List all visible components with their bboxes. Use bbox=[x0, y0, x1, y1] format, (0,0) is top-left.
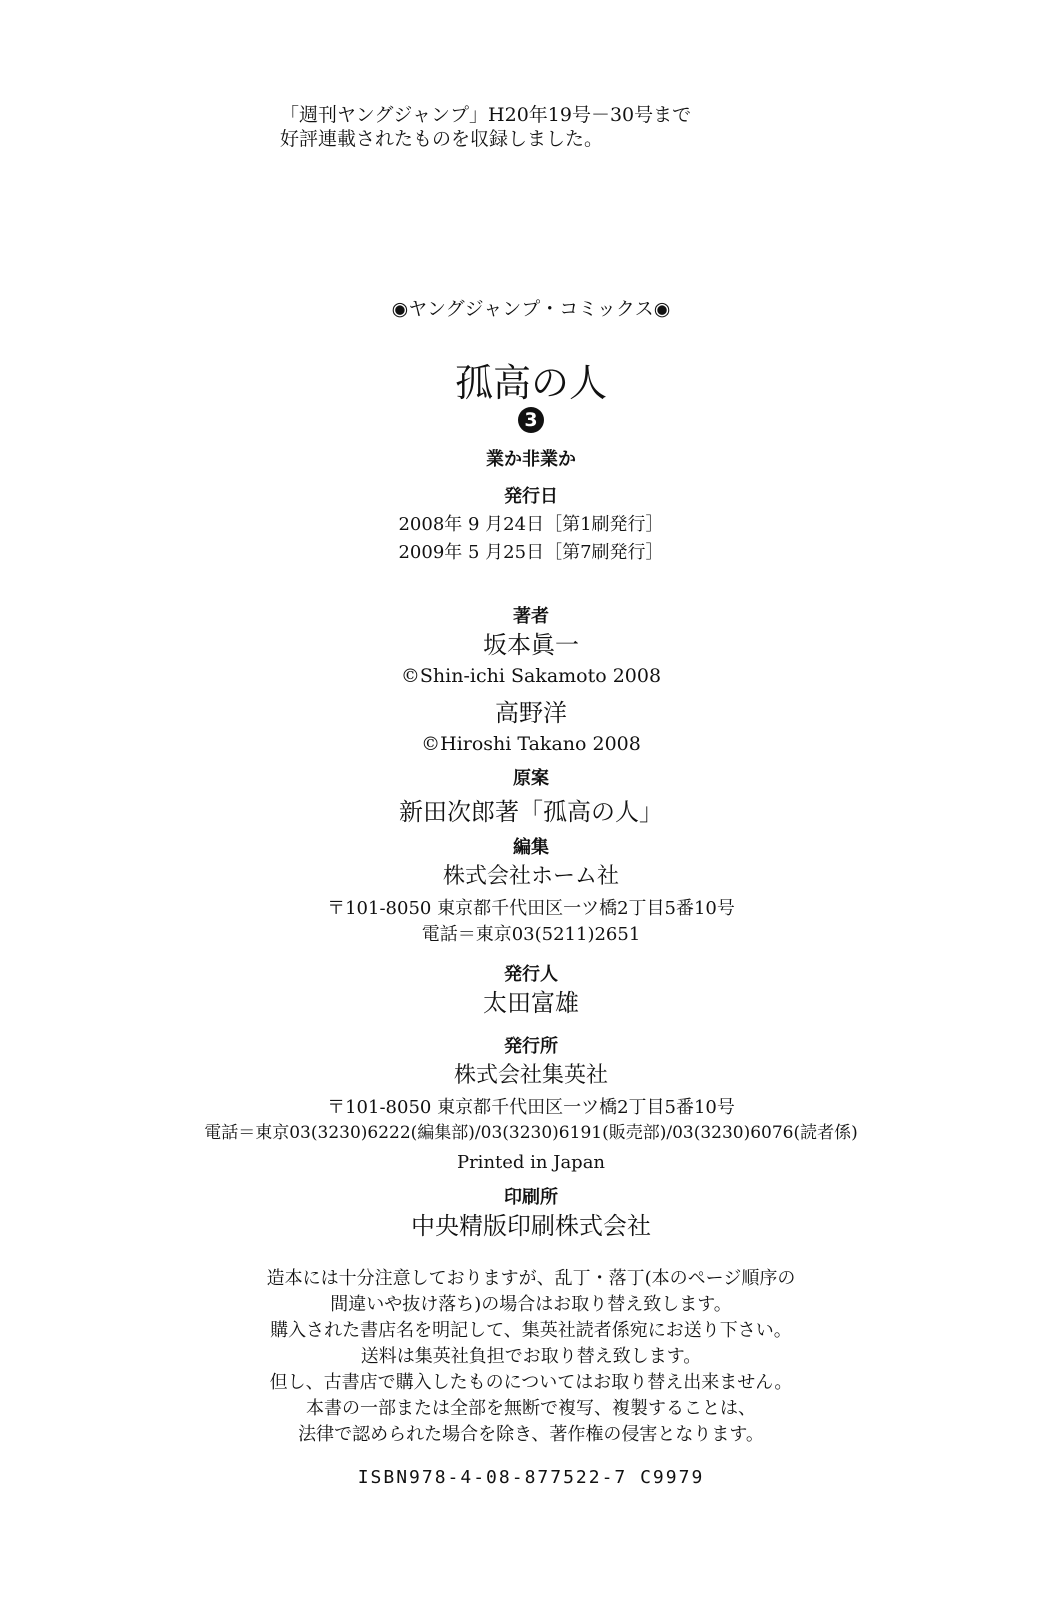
serialization-note-line-2: 好評連載されたものを収録しました。 bbox=[280, 127, 740, 151]
publisher-person-name: 太田富雄 bbox=[0, 991, 1062, 1015]
original-work-text: 新田次郎著「孤高の人」 bbox=[0, 800, 1062, 824]
author-name-1: 坂本眞一 bbox=[0, 633, 1062, 657]
notice-line-1: 造本には十分注意しておりますが、乱丁・落丁(本のページ順序の bbox=[0, 1270, 1062, 1288]
notice-line-2: 間違いや抜け落ち)の場合はお取り替え致します。 bbox=[0, 1296, 1062, 1314]
volume-number-badge: 3 bbox=[518, 407, 544, 433]
printing-company: 中央精版印刷株式会社 bbox=[0, 1214, 1062, 1238]
original-work-heading: 原案 bbox=[0, 770, 1062, 788]
imprint-text: ヤングジャンプ・コミックス bbox=[408, 298, 653, 320]
publishing-house-phone: 電話＝東京03(3230)6222(編集部)/03(3230)6191(販売部)… bbox=[0, 1125, 1062, 1142]
book-title: 孤高の人 bbox=[0, 364, 1062, 402]
isbn-code: ISBN978-4-08-877522-7 C9979 bbox=[0, 1469, 1062, 1487]
author-name-2: 高野洋 bbox=[0, 701, 1062, 725]
bullseye-icon: ◉ bbox=[392, 298, 409, 320]
publication-date-heading: 発行日 bbox=[0, 488, 1062, 506]
notice-line-7: 法律で認められた場合を除き、著作権の侵害となります。 bbox=[0, 1426, 1062, 1444]
publishing-house-company: 株式会社集英社 bbox=[0, 1065, 1062, 1087]
notice-line-5: 但し、古書店で購入したものについてはお取り替え出来ません。 bbox=[0, 1374, 1062, 1392]
author-copyright-1: ©Shin-ichi Sakamoto 2008 bbox=[0, 667, 1062, 686]
volume-indicator: 3 bbox=[0, 407, 1062, 433]
publishing-house-address: 〒101-8050 東京都千代田区一ツ橋2丁目5番10号 bbox=[0, 1099, 1062, 1117]
serialization-note: 「週刊ヤングジャンプ」H20年19号－30号まで 好評連載されたものを収録しまし… bbox=[280, 103, 740, 152]
publication-date-first: 2008年 9 月24日［第1刷発行］ bbox=[0, 516, 1062, 534]
serialization-note-line-1: 「週刊ヤングジャンプ」H20年19号－30号まで bbox=[280, 103, 740, 127]
publishing-house-heading: 発行所 bbox=[0, 1038, 1062, 1056]
bullseye-icon: ◉ bbox=[654, 298, 671, 320]
editing-company: 株式会社ホーム社 bbox=[0, 866, 1062, 888]
printing-heading: 印刷所 bbox=[0, 1189, 1062, 1207]
notice-line-4: 送料は集英社負担でお取り替え致します。 bbox=[0, 1348, 1062, 1366]
publication-date-latest: 2009年 5 月25日［第7刷発行］ bbox=[0, 544, 1062, 562]
volume-subtitle: 業か非業か bbox=[0, 451, 1062, 469]
imprint-label: ◉ヤングジャンプ・コミックス◉ bbox=[0, 300, 1062, 319]
editing-address: 〒101-8050 東京都千代田区一ツ橋2丁目5番10号 bbox=[0, 900, 1062, 918]
printed-in-japan: Printed in Japan bbox=[0, 1154, 1062, 1172]
notice-line-3: 購入された書店名を明記して、集英社読者係宛にお送り下さい。 bbox=[0, 1322, 1062, 1340]
author-heading: 著者 bbox=[0, 608, 1062, 626]
editing-heading: 編集 bbox=[0, 839, 1062, 857]
author-copyright-2: ©Hiroshi Takano 2008 bbox=[0, 735, 1062, 754]
notice-line-6: 本書の一部または全部を無断で複写、複製することは、 bbox=[0, 1400, 1062, 1418]
editing-phone: 電話＝東京03(5211)2651 bbox=[0, 926, 1062, 944]
publisher-person-heading: 発行人 bbox=[0, 966, 1062, 984]
